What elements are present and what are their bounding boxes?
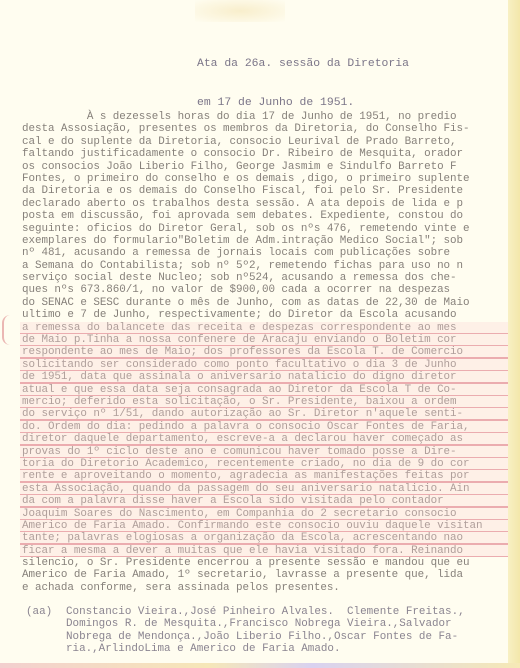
- text-line: de 1951, data que assinala o aniversario…: [22, 371, 502, 383]
- signature-label: (aa): [26, 606, 52, 618]
- text-line: solicitando ser considerado como ponto f…: [22, 359, 502, 371]
- text-line: tante; palavras elogiosas a organização …: [22, 532, 502, 544]
- signature-line: ria.,ArlindoLima e Americo de Faria Amad…: [66, 643, 465, 655]
- text-line: ficar a mesma a dever a muitas que ele h…: [22, 545, 502, 557]
- text-line: esta Associação, quando da passagem do s…: [22, 483, 502, 495]
- text-line: respondente ao mes de Maio; dos professo…: [22, 346, 502, 358]
- text-line: do SENAC e SESC durante o mês de Junho, …: [22, 297, 502, 309]
- heading-line-2: em 17 de Junho de 1951.: [197, 97, 409, 110]
- text-line: de Maio p.Tinha a nossa confenere de Ara…: [22, 334, 502, 346]
- text-line: a Semana do Contabilista; sob nº 5º2, re…: [22, 260, 502, 272]
- text-line: os consocios João Liberio Filho, George …: [22, 161, 502, 173]
- text-line: À s dezessels horas do dia 17 de Junho d…: [22, 111, 502, 123]
- signature-names: Constancio Vieira.,José Pinheiro Alvales…: [66, 606, 465, 656]
- signature-line: Constancio Vieira.,José Pinheiro Alvales…: [66, 606, 465, 618]
- text-line: cal e do suplente da Diretoria, consocio…: [22, 136, 502, 148]
- text-line: Americo de Faria Amado. Confirmando este…: [22, 520, 502, 532]
- text-line: provas do 1º ciclo deste ano e comunicou…: [22, 446, 502, 458]
- text-line: da Diretoria e os demais do Conselho Fis…: [22, 185, 502, 197]
- text-line: rente e aproveitando o momento, agradeci…: [22, 470, 502, 482]
- text-line: desta Assosiação, presentes os membros d…: [22, 123, 502, 135]
- text-line: da com a palavra disse haver a Escola si…: [22, 495, 502, 507]
- text-line: faltando justificadamente o consocio Dr.…: [22, 148, 502, 160]
- text-line: declarado aberto os trabalhos desta sess…: [22, 198, 502, 210]
- text-line: do. Ordem do dia: pedindo a palavra o co…: [22, 421, 502, 433]
- text-line: a remessa do balancete das receita e des…: [22, 322, 502, 334]
- text-line: diretor daquele departamento, escreve-a …: [22, 433, 502, 445]
- text-line: ques nºs 673.860/1, no valor de $900,00 …: [22, 284, 502, 296]
- text-line: silencio, o Sr. Presidente encerrou a pr…: [22, 557, 502, 569]
- signature-line: Nobrega de Mendonça.,João Liberio Filho.…: [66, 631, 465, 643]
- text-line: Joaquim Soares do Nascimento, em Companh…: [22, 508, 502, 520]
- signature-line: Domingos R. de Mesquita.,Francisco Nobre…: [66, 618, 465, 630]
- text-line: mercio; deferido esta solicitação, o Sr.…: [22, 396, 502, 408]
- text-line: atual e que essa data seja consagrada ao…: [22, 384, 502, 396]
- paper-stain: [195, 0, 285, 22]
- text-line: e achada conforme, sera assinada pelos p…: [22, 582, 502, 594]
- text-line: serviço social deste Nucleo; sob nº524, …: [22, 272, 502, 284]
- document-page: Ata da 26a. sessão da Diretoria em 17 de…: [0, 0, 508, 668]
- scan-edge-strip: [0, 663, 520, 668]
- text-line: Fontes, o primeiro do conselho e os dema…: [22, 173, 502, 185]
- text-line: seguinte: oficios do Diretor Geral, sob …: [22, 223, 502, 235]
- margin-annotation-mark: [2, 315, 14, 345]
- text-line: Americo de Faria Amado, 1º secretario, l…: [22, 569, 502, 581]
- text-line: ultimo e 7 de Junho, respectivamente; do…: [22, 309, 502, 321]
- text-line: toria do Diretorio Academico, recentemen…: [22, 458, 502, 470]
- minutes-body: À s dezessels horas do dia 17 de Junho d…: [22, 111, 502, 594]
- text-line: posta em discussão, foi aprovada sem deb…: [22, 210, 502, 222]
- text-line: exemplares do formulario"Boletim de Adm.…: [22, 235, 502, 247]
- page-edge: [508, 0, 520, 668]
- heading-line-1: Ata da 26a. sessão da Diretoria: [197, 58, 409, 71]
- text-line: do serviço nº 1/51, dando autorização ao…: [22, 408, 502, 420]
- text-line: nº 481, acusando a remessa de jornais lo…: [22, 247, 502, 259]
